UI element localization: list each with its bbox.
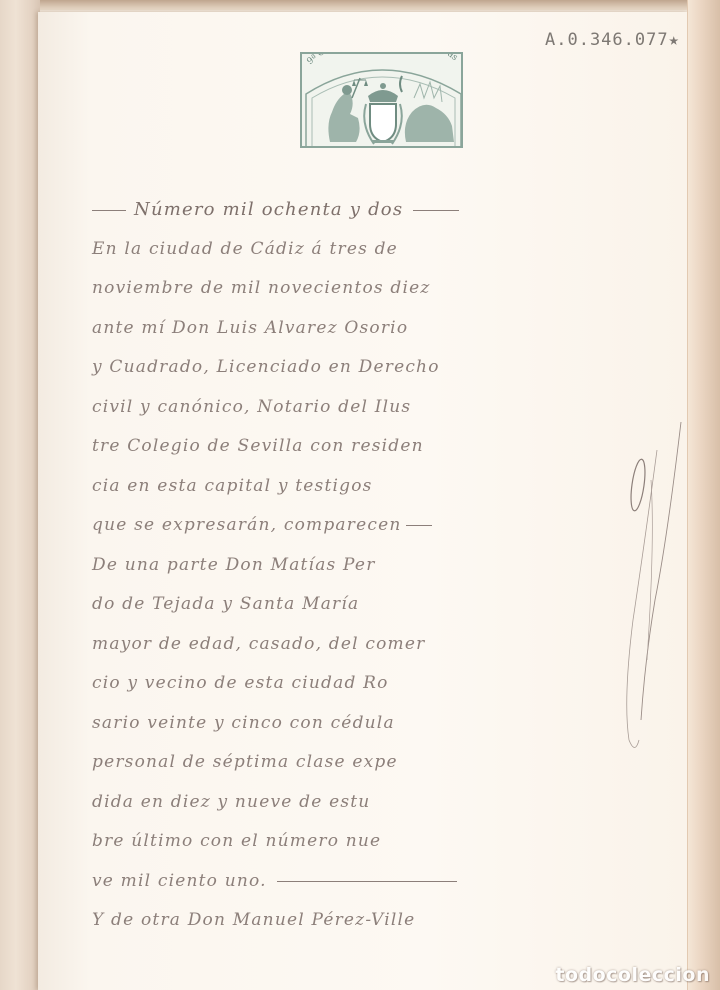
text-line: Y de otra Don Manuel Pérez-Ville [92,901,612,941]
line-fill-dash [277,881,457,882]
page-top-edge [0,0,720,10]
heading-dash-right [413,210,459,211]
text-line: noviembre de mil novecientos diez [92,269,612,309]
text-line: sario veinte y cinco con cédula [92,704,612,744]
text-line: mayor de edad, casado, del comer [92,625,612,665]
heading-dash-left [92,210,126,211]
text-line: personal de séptima clase expe [92,743,612,783]
text-line: que se expresarán, comparecen [92,506,612,546]
line-dash [406,525,432,526]
text-line: En la ciudad de Cádiz á tres de [92,230,612,270]
text-line: y Cuadrado, Licenciado en Derecho [92,348,612,388]
text-line: civil y canónico, Notario del Ilus [92,388,612,428]
text-line: cio y vecino de esta ciudad Ro [92,664,612,704]
text-line: cia en esta capital y testigos [92,467,612,507]
text-line: De una parte Don Matías Per [92,546,612,586]
coat-of-arms-icon [302,54,463,148]
watermark: todocoleccion [555,964,710,986]
serial-number: A.0.346.077★ [545,30,680,50]
notarial-stamp: 9ª CLASE 3 PESTas [300,52,463,148]
page-right-edge [687,0,720,990]
text-line: ve mil ciento uno. [92,862,612,902]
margin-flourish-icon [615,420,685,760]
text-line: ante mí Don Luis Alvarez Osorio [92,309,612,349]
text-line: dida en diez y nueve de estu [92,783,612,823]
text-line: bre último con el número nue [92,822,612,862]
text-line: tre Colegio de Sevilla con residen [92,427,612,467]
handwritten-text: Número mil ochenta y dos En la ciudad de… [92,190,612,941]
book-binding [0,0,40,990]
text-line: do de Tejada y Santa María [92,585,612,625]
document-heading: Número mil ochenta y dos [92,190,612,230]
